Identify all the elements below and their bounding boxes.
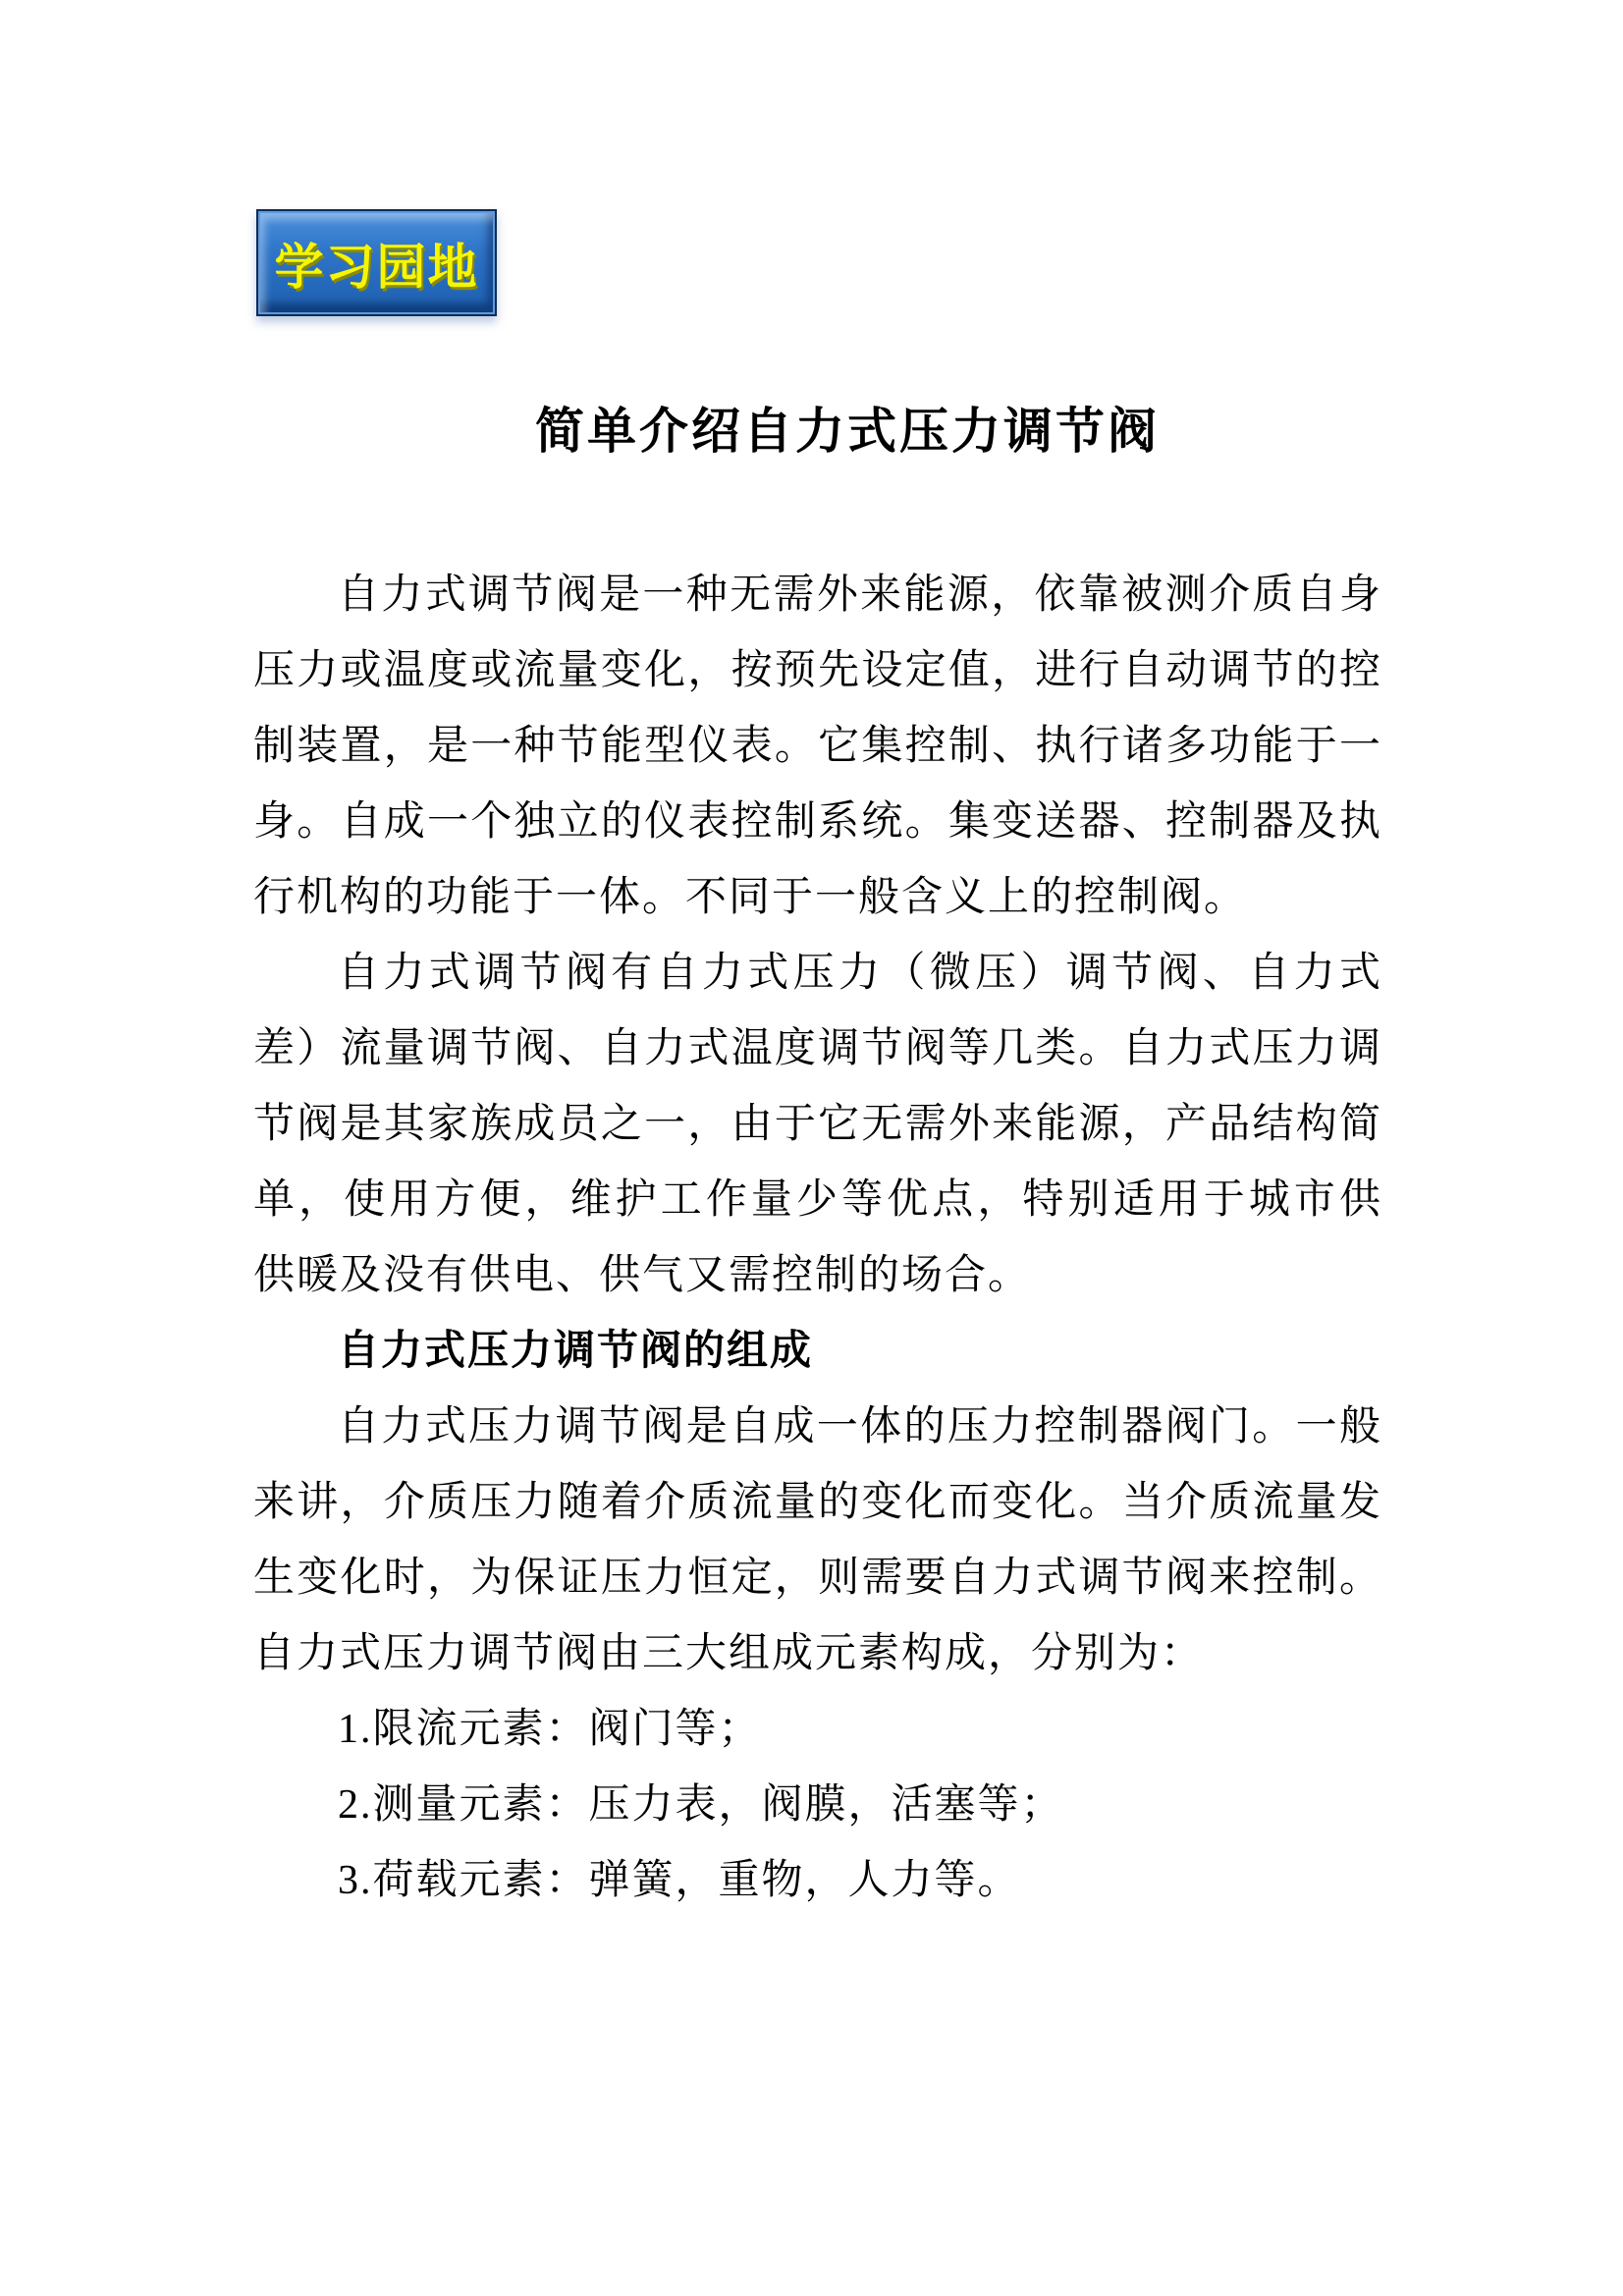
paragraph3-line: 自力式压力调节阀由三大组成元素构成，分别为：: [253, 1616, 1382, 1692]
paragraph1-line: 自力式调节阀是一种无需外来能源，依靠被测介质自身: [253, 558, 1382, 633]
section-heading: 自力式压力调节阀的组成: [253, 1314, 1382, 1390]
learning-corner-badge: 学习园地: [256, 209, 497, 316]
paragraph2-line: 差）流量调节阀、自力式温度调节阀等几类。自力式压力调: [253, 1011, 1382, 1087]
paragraph1-line: 制装置，是一种节能型仪表。它集控制、执行诸多功能于一: [253, 709, 1382, 785]
paragraph3-line: 自力式压力调节阀是自成一体的压力控制器阀门。一般: [253, 1390, 1382, 1465]
paragraph2-line: 供暖及没有供电、供气又需控制的场合。: [253, 1238, 1382, 1314]
badge-label: 学习园地: [275, 228, 479, 299]
paragraph2-line: 节阀是其家族成员之一，由于它无需外来能源，产品结构简: [253, 1087, 1382, 1163]
paragraph2-line: 自力式调节阀有自力式压力（微压）调节阀、自力式（压: [253, 936, 1382, 1011]
paragraph2-line: 单，使用方便，维护工作量少等优点，特别适用于城市供热、: [253, 1163, 1382, 1238]
paragraph1-line: 压力或温度或流量变化，按预先设定值，进行自动调节的控: [253, 633, 1382, 709]
document-title: 简单介绍自力式压力调节阀: [253, 397, 1382, 465]
list-item: 2.测量元素：压力表，阀膜，活塞等；: [253, 1768, 1382, 1843]
list-item: 1.限流元素：阀门等；: [253, 1692, 1382, 1768]
document-page: 学习园地 简单介绍自力式压力调节阀 自力式调节阀是一种无需外来能源，依靠被测介质…: [0, 0, 1623, 2296]
paragraph1-line: 行机构的功能于一体。不同于一般含义上的控制阀。: [253, 860, 1382, 936]
list-item: 3.荷载元素：弹簧，重物，人力等。: [253, 1843, 1382, 1919]
paragraph1-line: 身。自成一个独立的仪表控制系统。集变送器、控制器及执: [253, 785, 1382, 860]
document-body: 自力式调节阀是一种无需外来能源，依靠被测介质自身 压力或温度或流量变化，按预先设…: [253, 558, 1382, 1919]
paragraph3-line: 来讲，介质压力随着介质流量的变化而变化。当介质流量发: [253, 1465, 1382, 1541]
paragraph3-line: 生变化时，为保证压力恒定，则需要自力式调节阀来控制。: [253, 1541, 1382, 1616]
